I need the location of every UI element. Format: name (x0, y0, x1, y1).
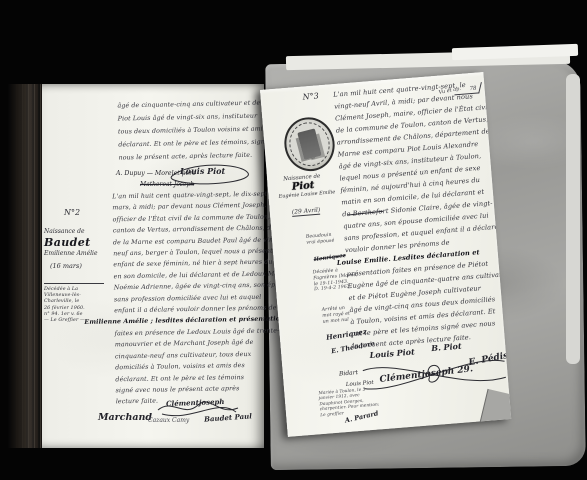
seal-figure (297, 128, 321, 160)
act3-body-text: L'an mil huit cent quatre-vingt-sept, le… (333, 78, 502, 353)
act2-witness-signature: Marchand (98, 412, 152, 423)
gutter-note-line: vrai épousé (306, 238, 334, 246)
act2-body-text: L'an mil huit cent quatre-vingt-sept, le… (112, 189, 268, 408)
act1-ending-text: âgé de cinquante-cinq ans cultivateur et… (117, 96, 266, 164)
act1-father-signature: Louis Piot (180, 166, 225, 176)
gutter-note-line: un mot nul (323, 317, 351, 325)
act2-given-names: Emilienne Amélie (44, 250, 124, 257)
act3-date: (29 Avril) (292, 207, 321, 217)
official-seal-stamp (279, 112, 341, 177)
marriage-mention: Mariée à Toulon, le 5janvier 1912, avecD… (318, 384, 396, 417)
act2-signature-scribble: Cazaux Camy (148, 417, 189, 424)
act1-struck-note: Mathereat Joseph (140, 181, 194, 188)
act2-father-signature: Baudet Paul (204, 411, 252, 423)
gutter-note-3: Arrêté unmot rayé etun mot nul (322, 306, 351, 326)
act3-number: N°3 (302, 90, 337, 102)
act3-given-names: Eugénie Louise Emilie (278, 189, 344, 200)
right-page: Vu et ap. 78 N°3 Naissance de Piot Eugén… (260, 72, 511, 437)
gutter-note-1: Beaudouinvrai épousé (306, 233, 335, 247)
gutter-signature-4: Bidart (339, 369, 359, 378)
page-stack-edge (8, 84, 42, 448)
loose-sheet-edge (566, 74, 580, 364)
scanned-register-photo: âgé de cinquante-cinq ans cultivateur et… (0, 0, 587, 480)
left-page: âgé de cinquante-cinq ans cultivateur et… (8, 84, 264, 448)
